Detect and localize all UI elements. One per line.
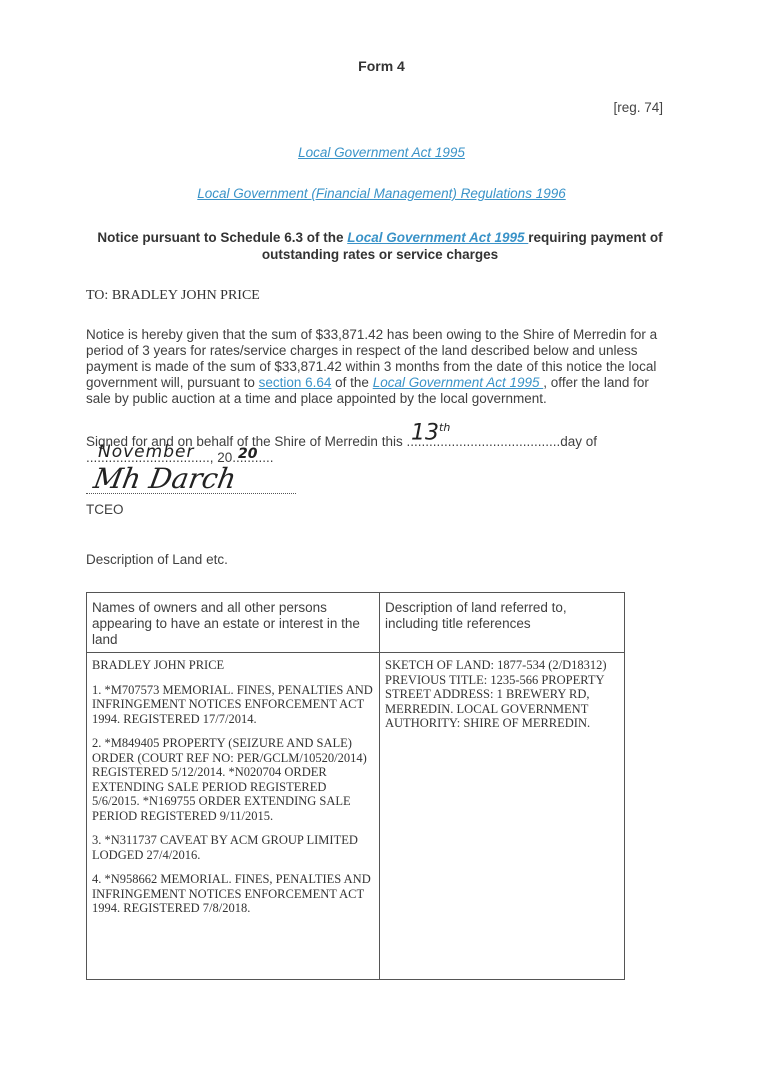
land-description: SKETCH OF LAND: 1877-534 (2/D18312) PREV… (385, 658, 619, 731)
signatory-title: TCEO (86, 502, 124, 517)
regulation-reference: [reg. 74] (613, 100, 663, 115)
land-description-cell: SKETCH OF LAND: 1877-534 (2/D18312) PREV… (380, 653, 625, 980)
encumbrance-item: 3. *N311737 CAVEAT BY ACM GROUP LIMITED … (92, 833, 374, 862)
form-number: Form 4 (0, 58, 763, 74)
encumbrance-item: 2. *M849405 PROPERTY (SEIZURE AND SALE) … (92, 736, 374, 823)
land-description-header: Description of land referred to, includi… (380, 593, 625, 653)
recipient: TO: BRADLEY JOHN PRICE (86, 288, 260, 304)
handwritten-day: 13th (411, 420, 450, 441)
notice-heading: Notice pursuant to Schedule 6.3 of the L… (85, 229, 675, 263)
heading-act-link[interactable]: Local Government Act 1995 (347, 230, 528, 245)
notice-paragraph: Notice is hereby given that the sum of $… (86, 327, 676, 407)
recipient-name: BRADLEY JOHN PRICE (112, 288, 260, 303)
land-table: Names of owners and all other persons ap… (86, 592, 625, 980)
encumbrance-item: 4. *N958662 MEMORIAL. FINES, PENALTIES A… (92, 872, 374, 916)
owner-name: BRADLEY JOHN PRICE (92, 658, 374, 673)
act-link[interactable]: Local Government Act 1995 (298, 145, 465, 160)
signature: Mh Darch (91, 462, 239, 495)
regulations-link[interactable]: Local Government (Financial Management) … (197, 186, 565, 201)
handwritten-year: 20 (238, 446, 257, 462)
table-row: BRADLEY JOHN PRICE 1. *M707573 MEMORIAL.… (87, 653, 625, 980)
notice-act-link[interactable]: Local Government Act 1995 (373, 375, 544, 390)
description-label: Description of Land etc. (86, 552, 228, 567)
section-link[interactable]: section 6.64 (259, 375, 332, 390)
encumbrance-item: 1. *M707573 MEMORIAL. FINES, PENALTIES A… (92, 683, 374, 727)
regulations-title: Local Government (Financial Management) … (0, 186, 763, 201)
act-title: Local Government Act 1995 (0, 145, 763, 160)
handwritten-month: November (98, 444, 194, 460)
table-header-row: Names of owners and all other persons ap… (87, 593, 625, 653)
owners-cell: BRADLEY JOHN PRICE 1. *M707573 MEMORIAL.… (87, 653, 380, 980)
owners-header: Names of owners and all other persons ap… (87, 593, 380, 653)
recipient-label: TO: (86, 288, 112, 303)
signature-line (86, 493, 296, 494)
